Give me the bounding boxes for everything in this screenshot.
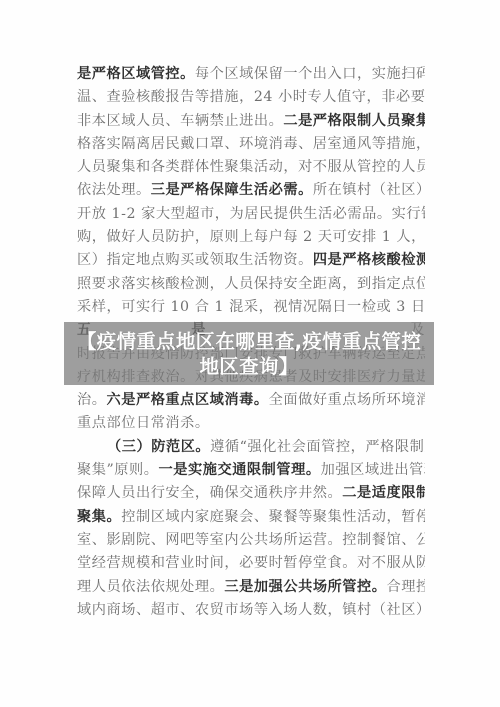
banner-title[interactable]: 【疫情重点地区在哪里查,疫情重点管控地区查询】 xyxy=(74,329,424,379)
document-line: 域内商场、超市、农贸市场等入场人数，镇村（社区）24 小 xyxy=(77,599,425,622)
bold-heading-text: 聚集。 xyxy=(77,509,121,525)
document-line: 依法处理。三是严格保障生活必需。所在镇村（社区）适度 xyxy=(77,179,425,202)
document-line: 重点部位日常消杀。 xyxy=(77,412,425,435)
body-text: 区）指定地点购买或领取生活物资。 xyxy=(77,252,313,268)
body-text: 治。 xyxy=(77,392,106,408)
bold-heading-text: 是严格区域管控。 xyxy=(77,66,195,82)
document-line: 温、查验核酸报告等措施，24 小时专人值守，非必要不外出， xyxy=(77,86,425,109)
document-line: 开放 1-2 家大型超市，为居民提供生活必需品。实行错峰限 xyxy=(77,203,425,226)
bold-heading-text: 六是严格重点区域消毒。 xyxy=(106,392,268,408)
document-line: 采样，可实行 10 合 1 混采，视情况隔日一检或 3 日一检。 xyxy=(77,296,425,319)
document-line: 堂经营规模和营业时间，必要时暂停堂食。对不服从防范管 xyxy=(77,552,425,575)
body-text: 重点部位日常消杀。 xyxy=(77,415,210,431)
document-line: 聚集”原则。一是实施交通限制管理。加强区域进出管理， xyxy=(77,459,425,482)
document-line: 保障人员出行安全，确保交通秩序井然。二是适度限制人员 xyxy=(77,482,425,505)
document-line: 人员聚集和各类群体性聚集活动，对不服从管控的人员严格 xyxy=(77,156,425,179)
body-text: 控制区域内家庭聚会、聚餐等聚集性活动，暂停棋牌 xyxy=(121,509,425,525)
document-line: 理人员依法依规处理。三是加强公共场所管控。合理控制区 xyxy=(77,576,425,599)
document-line: 购，做好人员防护，原则上每户每 2 天可安排 1 人，到村（社 xyxy=(77,226,425,249)
body-text: 购，做好人员防护，原则上每户每 2 天可安排 1 人，到村（社 xyxy=(77,229,425,245)
body-text: 温、查验核酸报告等措施，24 小时专人值守，非必要不外出， xyxy=(77,89,425,105)
document-line: 格落实隔离居民戴口罩、环境消毒、居室通风等措施，严禁 xyxy=(77,133,425,156)
body-text: 全面做好重点场所环境消毒和 xyxy=(269,392,425,408)
body-text: 聚集”原则。 xyxy=(77,462,159,478)
bold-heading-text: 一是实施交通限制管理。 xyxy=(159,462,321,478)
bold-heading-text: 二是严格限制人员聚集。 xyxy=(283,113,425,129)
body-text: 所在镇村（社区）适度 xyxy=(313,182,425,198)
body-text: 理人员依法依规处理。 xyxy=(77,579,224,595)
document-line: （三）防范区。遵循“强化社会面管控，严格限制人员 xyxy=(77,436,425,459)
body-text: 每个区域保留一个出入口，实施扫码、测 xyxy=(195,66,425,82)
document-line: 是严格区域管控。每个区域保留一个出入口，实施扫码、测 xyxy=(77,63,425,86)
body-text: 遵循“强化社会面管控，严格限制人员 xyxy=(210,439,425,455)
document-line: 室、影剧院、网吧等室内公共场所运营。控制餐馆、公共食 xyxy=(77,529,425,552)
bold-heading-text: 三是加强公共场所管控。 xyxy=(224,579,386,595)
body-text: 开放 1-2 家大型超市，为居民提供生活必需品。实行错峰限 xyxy=(77,206,425,222)
body-text: 照要求落实核酸检测，人员保持安全距离，到指定点位进行 xyxy=(77,276,425,292)
title-banner[interactable]: 【疫情重点地区在哪里查,疫情重点管控地区查询】 xyxy=(64,322,434,385)
body-text: 非本区域人员、车辆禁止进出。 xyxy=(77,113,283,129)
body-text: 保障人员出行安全，确保交通秩序井然。 xyxy=(77,485,342,501)
document-line: 区）指定地点购买或领取生活物资。四是严格核酸检测。按 xyxy=(77,249,425,272)
body-text: 采样，可实行 10 合 1 混采，视情况隔日一检或 3 日一检。 xyxy=(77,299,425,315)
body-text: 堂经营规模和营业时间，必要时暂停堂食。对不服从防范管 xyxy=(77,555,425,571)
body-text: 人员聚集和各类群体性聚集活动，对不服从管控的人员严格 xyxy=(77,159,425,175)
body-text: 加强区域进出管理， xyxy=(321,462,425,478)
bold-heading-text: 二是适度限制人员 xyxy=(342,485,425,501)
bold-heading-text: （三）防范区。 xyxy=(107,439,210,455)
body-text: 合理控制区 xyxy=(387,579,425,595)
document-line: 聚集。控制区域内家庭聚会、聚餐等聚集性活动，暂停棋牌 xyxy=(77,506,425,529)
document-line: 照要求落实核酸检测，人员保持安全距离，到指定点位进行 xyxy=(77,273,425,296)
body-text: 室、影剧院、网吧等室内公共场所运营。控制餐馆、公共食 xyxy=(77,532,425,548)
bold-heading-text: 三是严格保障生活必需。 xyxy=(151,182,313,198)
body-text: 格落实隔离居民戴口罩、环境消毒、居室通风等措施，严禁 xyxy=(77,136,425,152)
body-text: 域内商场、超市、农贸市场等入场人数，镇村（社区）24 小 xyxy=(77,602,425,618)
bold-heading-text: 四是严格核酸检测。 xyxy=(313,252,425,268)
document-line: 非本区域人员、车辆禁止进出。二是严格限制人员聚集。严 xyxy=(77,110,425,133)
document-line: 治。六是严格重点区域消毒。全面做好重点场所环境消毒和 xyxy=(77,389,425,412)
body-text: 依法处理。 xyxy=(77,182,151,198)
document-page: 是严格区域管控。每个区域保留一个出入口，实施扫码、测温、查验核酸报告等措施，24… xyxy=(0,0,500,707)
